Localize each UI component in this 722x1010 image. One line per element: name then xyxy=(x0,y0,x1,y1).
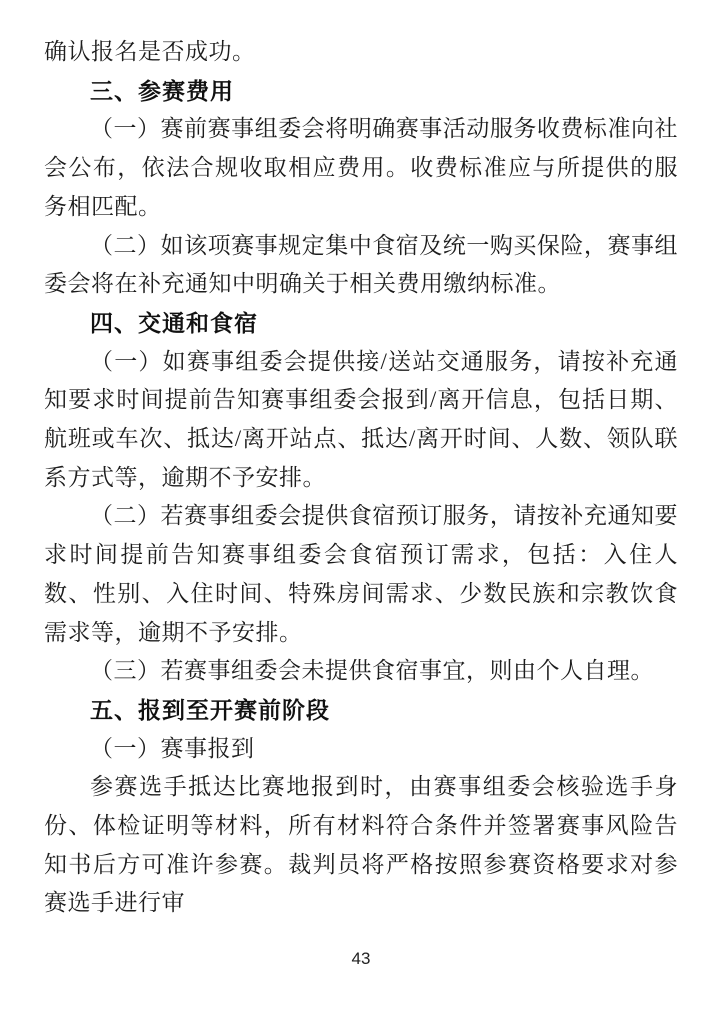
paragraph: （一）赛事报到 xyxy=(44,730,678,769)
section-heading: 五、报到至开赛前阶段 xyxy=(44,691,678,730)
paragraph: （一）赛前赛事组委会将明确赛事活动服务收费标准向社会公布，依法合规收取相应费用。… xyxy=(44,110,678,226)
page-number: 43 xyxy=(0,949,722,969)
paragraph: 确认报名是否成功。 xyxy=(44,33,678,72)
document-page: 确认报名是否成功。三、参赛费用（一）赛前赛事组委会将明确赛事活动服务收费标准向社… xyxy=(0,0,722,1010)
document-body: 确认报名是否成功。三、参赛费用（一）赛前赛事组委会将明确赛事活动服务收费标准向社… xyxy=(44,33,678,923)
paragraph: （一）如赛事组委会提供接/送站交通服务，请按补充通知要求时间提前告知赛事组委会报… xyxy=(44,343,678,498)
paragraph: （二）如该项赛事规定集中食宿及统一购买保险，赛事组委会将在补充通知中明确关于相关… xyxy=(44,227,678,304)
paragraph: （三）若赛事组委会未提供食宿事宜，则由个人自理。 xyxy=(44,652,678,691)
section-heading: 三、参赛费用 xyxy=(44,72,678,111)
section-heading: 四、交通和食宿 xyxy=(44,304,678,343)
paragraph: （二）若赛事组委会提供食宿预订服务，请按补充通知要求时间提前告知赛事组委会食宿预… xyxy=(44,497,678,652)
paragraph: 参赛选手抵达比赛地报到时，由赛事组委会核验选手身份、体检证明等材料，所有材料符合… xyxy=(44,768,678,923)
